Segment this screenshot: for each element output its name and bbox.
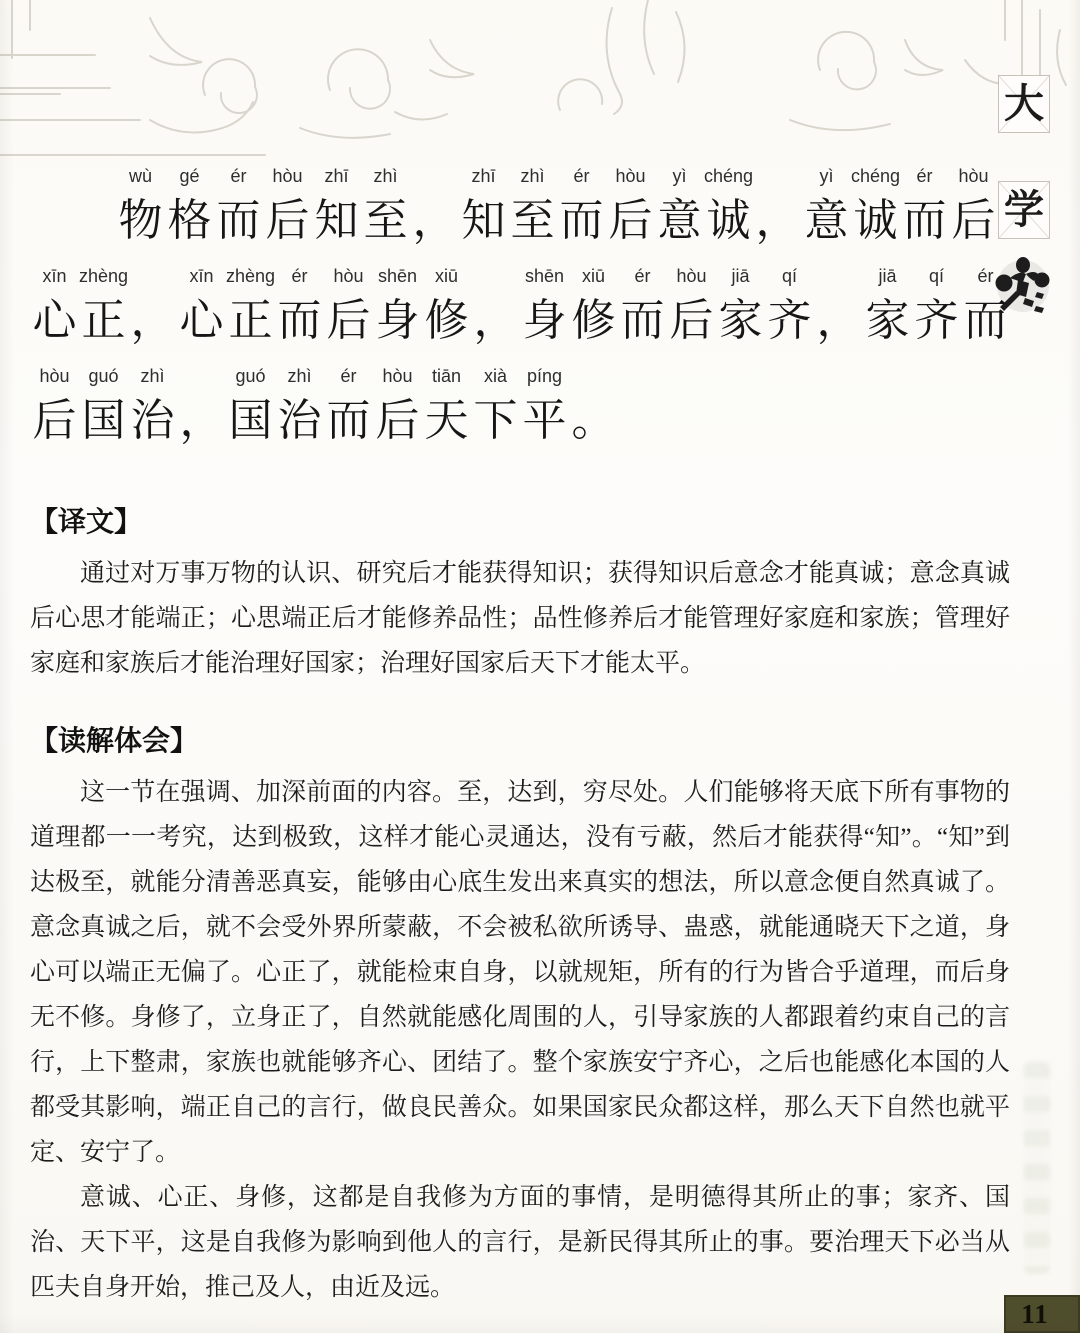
pinyin-annotation: guó <box>88 363 118 389</box>
hanzi-character: 身 <box>523 289 567 353</box>
classic-char: xiū修 <box>569 263 618 353</box>
classic-punct: ， <box>177 363 226 453</box>
hanzi-character: 下 <box>474 389 518 453</box>
section-paragraph: 通过对万事万物的认识、研究后才能获得知识；获得知识后意念才能真诚；意念真诚后心思… <box>30 551 1010 686</box>
classic-char: zhì治 <box>128 363 177 453</box>
classic-text-with-pinyin: wù物gé格ér而hòu后zhī知zhì至，zhī知zhì至ér而hòu后yì意… <box>30 163 1010 463</box>
pinyin-annotation: gé <box>179 163 199 189</box>
pinyin-annotation: jiā <box>731 263 749 289</box>
hanzi-character: 治 <box>131 389 175 453</box>
annotation-sections: 【译文】通过对万事万物的认识、研究后才能获得知识；获得知识后意念才能真诚；意念真… <box>30 503 1010 1310</box>
classic-char: ér而 <box>214 163 263 253</box>
margin-title-box-da: 大 <box>998 75 1050 133</box>
pinyin-annotation: zhèng <box>226 263 275 289</box>
pinyin-annotation: qí <box>782 263 797 289</box>
pinyin-annotation: shēn <box>378 263 417 289</box>
pinyin-annotation: hòu <box>39 363 69 389</box>
hanzi-character: 意 <box>805 189 849 253</box>
classic-punct: ， <box>471 263 520 353</box>
margin-title-char-xue: 学 <box>1004 190 1044 230</box>
hanzi-character: ， <box>180 389 224 453</box>
hanzi-character: 后 <box>376 389 420 453</box>
margin-title-char-da: 大 <box>1004 84 1044 124</box>
hanzi-character: ， <box>413 189 457 253</box>
hanzi-character: 家 <box>866 289 910 353</box>
hanzi-character: 修 <box>572 289 616 353</box>
classic-char: xīn心 <box>30 263 79 353</box>
hanzi-character: 心 <box>180 289 224 353</box>
pinyin-annotation: xīn <box>42 263 66 289</box>
hanzi-character: 后 <box>952 189 996 253</box>
classic-char: píng平 <box>520 363 569 453</box>
classic-char: shēn身 <box>520 263 569 353</box>
classic-char: yì意 <box>802 163 851 253</box>
hanzi-character: ， <box>131 289 175 353</box>
pinyin-annotation: guó <box>235 363 265 389</box>
classic-char: ér而 <box>618 263 667 353</box>
pinyin-annotation: xīn <box>189 263 213 289</box>
pinyin-annotation: xiū <box>582 263 605 289</box>
book-page: 大 学 wù物gé格ér而hòu后zhī知zhì至，zhī知zhì至ér而hòu… <box>0 0 1080 1333</box>
classic-char: hòu后 <box>949 163 998 253</box>
classic-char: jiā家 <box>716 263 765 353</box>
pinyin-annotation: ér <box>340 363 356 389</box>
hanzi-character: ， <box>756 189 800 253</box>
pinyin-annotation: chéng <box>851 163 900 189</box>
classic-char: ér而 <box>961 263 1010 353</box>
classic-char: zhì至 <box>508 163 557 253</box>
pinyin-annotation: ér <box>916 163 932 189</box>
pinyin-annotation: ér <box>230 163 246 189</box>
pinyin-annotation: hòu <box>615 163 645 189</box>
hanzi-character: 修 <box>425 289 469 353</box>
pinyin-annotation: hòu <box>958 163 988 189</box>
hanzi-character: 而 <box>278 289 322 353</box>
section-paragraph: 这一节在强调、加深前面的内容。至，达到，穷尽处。人们能够将天底下所有事物的道理都… <box>30 770 1010 1175</box>
section-paragraph: 意诚、心正、身修，这都是自我修为方面的事情，是明德得其所止的事；家齐、国治、天下… <box>30 1175 1010 1310</box>
hanzi-character: 正 <box>82 289 126 353</box>
hanzi-character: 格 <box>168 189 212 253</box>
pinyin-annotation: hòu <box>272 163 302 189</box>
pinyin-annotation: yì <box>672 163 686 189</box>
hanzi-character: 齐 <box>915 289 959 353</box>
hanzi-character: 国 <box>229 389 273 453</box>
hanzi-character: 而 <box>217 189 261 253</box>
pinyin-annotation: zhī <box>471 163 495 189</box>
hanzi-character: 平 <box>523 389 567 453</box>
pinyin-annotation: shēn <box>525 263 564 289</box>
classic-char: chéng诚 <box>704 163 753 253</box>
hanzi-character: 而 <box>903 189 947 253</box>
hanzi-character: 后 <box>266 189 310 253</box>
hanzi-character: 后 <box>327 289 371 353</box>
hanzi-character: 后 <box>670 289 714 353</box>
classic-char: tiān天 <box>422 363 471 453</box>
classic-char: hòu后 <box>324 263 373 353</box>
hanzi-character: 后 <box>33 389 77 453</box>
classic-char: zhèng正 <box>79 263 128 353</box>
classic-char: qí齐 <box>912 263 961 353</box>
pinyin-annotation: zhī <box>324 163 348 189</box>
ink-bleedthrough-artifact <box>1024 1062 1050 1274</box>
pinyin-annotation: xià <box>484 363 507 389</box>
classic-char: hòu后 <box>373 363 422 453</box>
pinyin-annotation: píng <box>527 363 562 389</box>
classic-char: ér而 <box>557 163 606 253</box>
hanzi-character: 诚 <box>707 189 751 253</box>
classic-char: xià下 <box>471 363 520 453</box>
pinyin-annotation: ér <box>977 263 993 289</box>
hanzi-character: 而 <box>621 289 665 353</box>
classic-char: guó国 <box>79 363 128 453</box>
pinyin-annotation: xiū <box>435 263 458 289</box>
classic-line: xīn心zhèng正，xīn心zhèng正ér而hòu后shēn身xiū修，sh… <box>30 263 1010 363</box>
pinyin-annotation: ér <box>573 163 589 189</box>
classic-char: zhī知 <box>312 163 361 253</box>
pinyin-annotation: zhì <box>373 163 397 189</box>
classic-punct: ， <box>753 163 802 253</box>
hanzi-character: 而 <box>964 289 1008 353</box>
pinyin-annotation: ér <box>634 263 650 289</box>
classic-punct: 。 <box>569 363 618 453</box>
pinyin-annotation: ér <box>291 263 307 289</box>
hanzi-character: 知 <box>315 189 359 253</box>
classic-char: yì意 <box>655 163 704 253</box>
pinyin-annotation: zhèng <box>79 263 128 289</box>
classic-char: hòu后 <box>606 163 655 253</box>
pinyin-annotation: jiā <box>878 263 896 289</box>
section-heading: 【读解体会】 <box>30 722 1010 760</box>
pinyin-annotation: hòu <box>382 363 412 389</box>
hanzi-character: 齐 <box>768 289 812 353</box>
hanzi-character: 而 <box>327 389 371 453</box>
pinyin-annotation: zhì <box>520 163 544 189</box>
pinyin-annotation: chéng <box>704 163 753 189</box>
page-number-badge: 11 <box>1004 1295 1080 1333</box>
classic-char: chéng诚 <box>851 163 900 253</box>
hanzi-character: 诚 <box>854 189 898 253</box>
classic-char: zhèng正 <box>226 263 275 353</box>
hanzi-character: 。 <box>572 389 616 453</box>
classic-char: guó国 <box>226 363 275 453</box>
hanzi-character: 心 <box>33 289 77 353</box>
cloud-pattern-band <box>0 0 1080 165</box>
hanzi-character: 国 <box>82 389 126 453</box>
classic-char: xiū修 <box>422 263 471 353</box>
classic-char: shēn身 <box>373 263 422 353</box>
classic-punct: ， <box>814 263 863 353</box>
hanzi-character: 而 <box>560 189 604 253</box>
hanzi-character: ， <box>474 289 518 353</box>
hanzi-character: 正 <box>229 289 273 353</box>
section-heading: 【译文】 <box>30 503 1010 541</box>
classic-char: gé格 <box>165 163 214 253</box>
hanzi-character: 知 <box>462 189 506 253</box>
classic-char: xīn心 <box>177 263 226 353</box>
pinyin-annotation: zhì <box>287 363 311 389</box>
classic-char: zhì治 <box>275 363 324 453</box>
classic-char: zhì至 <box>361 163 410 253</box>
hanzi-character: 天 <box>425 389 469 453</box>
classic-punct: ， <box>128 263 177 353</box>
hanzi-character: 至 <box>364 189 408 253</box>
page-number: 11 <box>1021 1299 1063 1330</box>
classic-char: hòu后 <box>263 163 312 253</box>
pinyin-annotation: zhì <box>140 363 164 389</box>
classic-char: ér而 <box>324 363 373 453</box>
hanzi-character: 物 <box>119 189 163 253</box>
pinyin-annotation: yì <box>819 163 833 189</box>
classic-char: hòu后 <box>30 363 79 453</box>
hanzi-character: 治 <box>278 389 322 453</box>
pinyin-annotation: wù <box>129 163 152 189</box>
classic-char: wù物 <box>116 163 165 253</box>
pinyin-annotation: qí <box>929 263 944 289</box>
classic-punct: ， <box>410 163 459 253</box>
pinyin-annotation: hòu <box>676 263 706 289</box>
hanzi-character: ， <box>817 289 861 353</box>
pinyin-annotation: hòu <box>333 263 363 289</box>
classic-char: jiā家 <box>863 263 912 353</box>
classic-line: hòu后guó国zhì治，guó国zhì治ér而hòu后tiān天xià下pín… <box>30 363 1010 463</box>
page-content: wù物gé格ér而hòu后zhī知zhì至，zhī知zhì至ér而hòu后yì意… <box>30 163 1010 1310</box>
classic-char: hòu后 <box>667 263 716 353</box>
hanzi-character: 身 <box>376 289 420 353</box>
pinyin-annotation: tiān <box>432 363 461 389</box>
hanzi-character: 意 <box>658 189 702 253</box>
hanzi-character: 后 <box>609 189 653 253</box>
classic-char: zhī知 <box>459 163 508 253</box>
hanzi-character: 至 <box>511 189 555 253</box>
classic-char: ér而 <box>275 263 324 353</box>
classic-char: ér而 <box>900 163 949 253</box>
classic-line: wù物gé格ér而hòu后zhī知zhì至，zhī知zhì至ér而hòu后yì意… <box>116 163 1010 263</box>
classic-char: qí齐 <box>765 263 814 353</box>
hanzi-character: 家 <box>719 289 763 353</box>
